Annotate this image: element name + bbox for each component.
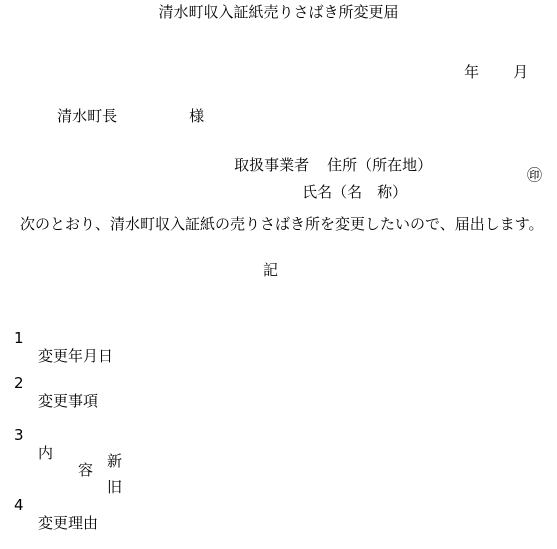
item-number: 4 <box>14 497 24 514</box>
item-number: 2 <box>14 375 24 392</box>
addressee-honorific: 様 <box>189 107 204 125</box>
addressee-name: 清水町長 <box>57 107 117 125</box>
seal-mark-icon: ㊞ <box>527 167 542 184</box>
date-month-label: 月 <box>513 63 528 81</box>
document-title: 清水町収入証紙売りさばき所変更届 <box>0 4 557 21</box>
list-heading: 記 <box>0 262 541 279</box>
item-label: 変更理由 <box>38 515 98 532</box>
list-item-change-reason: 4 変更理由 <box>0 480 557 549</box>
body-text: 次のとおり、清水町収入証紙の売りさばき所を変更したいので、届出します。 <box>20 216 544 233</box>
item-label: 変更事項 <box>38 393 98 410</box>
applicant-name-label: 氏名（名 称） <box>302 183 407 201</box>
addressee-line: 清水町長様 <box>38 91 204 143</box>
item-number: 1 <box>14 330 24 347</box>
date-line: 年月日 <box>445 47 557 99</box>
item-new-label: 新 <box>107 453 122 470</box>
applicant-name-line: 氏名（名 称） <box>283 167 407 219</box>
date-year-label: 年 <box>464 63 479 81</box>
document-page: 清水町収入証紙売りさばき所変更届 年月日 清水町長様 取扱事業者住所（所在地） … <box>0 0 557 497</box>
